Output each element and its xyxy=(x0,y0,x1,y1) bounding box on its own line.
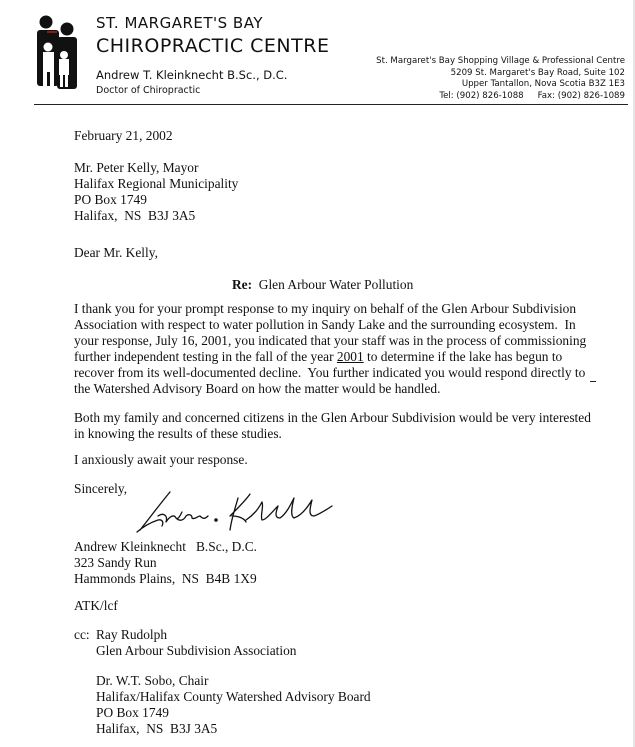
cc-label: cc: xyxy=(74,627,90,643)
body-text: further independent testing in the fall … xyxy=(74,349,337,364)
address-line: St. Margaret's Bay Shopping Village & Pr… xyxy=(376,56,625,68)
doctor-title: Doctor of Chiropractic xyxy=(96,85,200,96)
cc-line: Halifax, NS B3J 3A5 xyxy=(96,721,371,737)
letterhead-divider xyxy=(34,104,628,105)
stray-mark xyxy=(590,381,596,382)
body-text: to determine if the lake has begun to xyxy=(364,349,563,364)
signer-line: 323 Sandy Run xyxy=(74,555,257,571)
recipient-line: PO Box 1749 xyxy=(74,192,238,208)
cc-line: Dr. W.T. Sobo, Chair xyxy=(96,673,371,689)
body-line: in knowing the results of these studies. xyxy=(74,426,591,442)
body-line: further independent testing in the fall … xyxy=(74,349,586,365)
signer-line: Hammonds Plains, NS B4B 1X9 xyxy=(74,571,257,587)
cc-line: Ray Rudolph xyxy=(96,627,297,643)
fax-number: Fax: (902) 826-1089 xyxy=(538,91,625,101)
recipient-line: Mr. Peter Kelly, Mayor xyxy=(74,160,238,176)
subject-line: Re: Glen Arbour Water Pollution xyxy=(232,277,413,293)
body-line: Association with respect to water pollut… xyxy=(74,317,586,333)
body-line: recover from its well-documented decline… xyxy=(74,365,586,381)
recipient-line: Halifax, NS B3J 3A5 xyxy=(74,208,238,224)
letter-date: February 21, 2002 xyxy=(74,128,173,144)
body-paragraph-2: Both my family and concerned citizens in… xyxy=(74,410,591,442)
telephone-number: Tel: (902) 826-1088 xyxy=(439,91,523,101)
cc-line: Glen Arbour Subdivision Association xyxy=(96,643,297,659)
body-line: your response, July 16, 2001, you indica… xyxy=(74,333,586,349)
body-line: I thank you for your prompt response to … xyxy=(74,301,586,317)
family-figures-icon xyxy=(33,14,83,90)
signer-line: Andrew Kleinknecht B.Sc., D.C. xyxy=(74,539,257,555)
reference-initials: ATK/lcf xyxy=(74,598,118,614)
cc-recipient-2: Dr. W.T. Sobo, ChairHalifax/Halifax Coun… xyxy=(96,673,371,737)
address-line: 5209 St. Margaret's Bay Road, Suite 102 xyxy=(376,68,625,80)
doctor-name: Andrew T. Kleinknecht B.Sc., D.C. xyxy=(96,68,287,82)
cc-recipient-1: Ray RudolphGlen Arbour Subdivision Assoc… xyxy=(96,627,297,659)
org-name-line1: ST. MARGARET'S BAY xyxy=(96,14,263,32)
org-name-line2: CHIROPRACTIC CENTRE xyxy=(96,35,329,57)
cc-line: PO Box 1749 xyxy=(96,705,371,721)
underlined-year: 2001 xyxy=(337,349,364,364)
signer-block: Andrew Kleinknecht B.Sc., D.C.323 Sandy … xyxy=(74,539,257,587)
subject-text: Glen Arbour Water Pollution xyxy=(259,277,414,292)
salutation: Dear Mr. Kelly, xyxy=(74,245,158,261)
cc-line: Halifax/Halifax County Watershed Advisor… xyxy=(96,689,371,705)
contact-line: Tel: (902) 826-1088Fax: (902) 826-1089 xyxy=(376,91,625,103)
address-line: Upper Tantallon, Nova Scotia B3Z 1E3 xyxy=(376,79,625,91)
closing-sentence: I anxiously await your response. xyxy=(74,452,248,468)
body-line: the Watershed Advisory Board on how the … xyxy=(74,381,586,397)
body-paragraph-1: I thank you for your prompt response to … xyxy=(74,301,586,397)
recipient-address: Mr. Peter Kelly, MayorHalifax Regional M… xyxy=(74,160,238,224)
sign-off: Sincerely, xyxy=(74,481,127,497)
body-line: Both my family and concerned citizens in… xyxy=(74,410,591,426)
letterhead-address: St. Margaret's Bay Shopping Village & Pr… xyxy=(376,56,625,102)
recipient-line: Halifax Regional Municipality xyxy=(74,176,238,192)
signature-icon xyxy=(134,486,354,538)
subject-label: Re: xyxy=(232,277,252,292)
